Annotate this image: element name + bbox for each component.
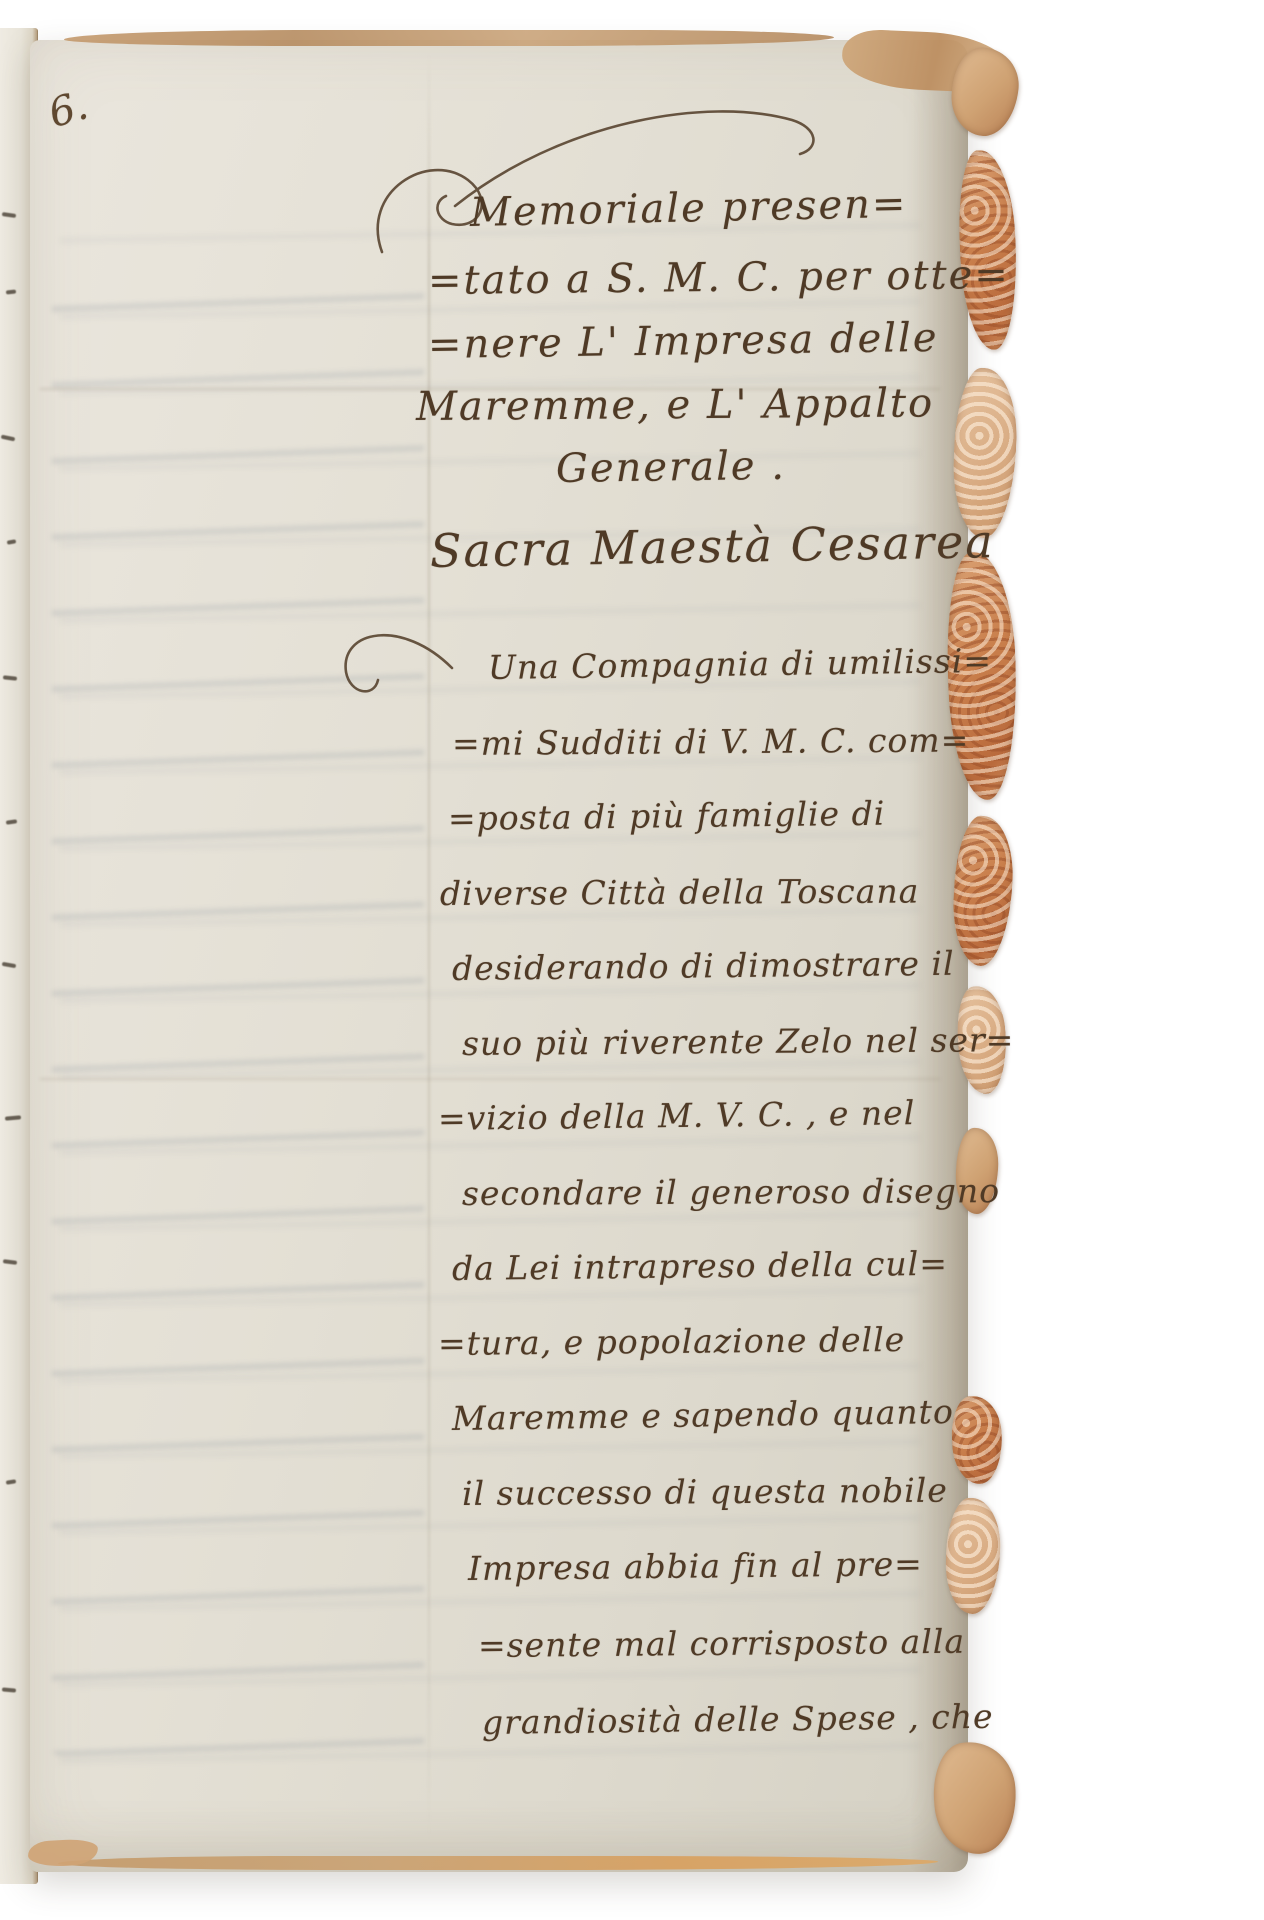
- body-line: Impresa abbia fin al pre=: [468, 1544, 923, 1588]
- ink-bleed-mark: [2, 212, 16, 218]
- show-through-text: [52, 256, 424, 1756]
- body-line: =vizio della M. V. C. , e nel: [438, 1093, 916, 1138]
- body-line: =tura, e popolazione delle: [438, 1320, 906, 1363]
- title-line: =tato a S. M. C. per otte=: [428, 252, 1010, 304]
- page-crease: [40, 1078, 940, 1080]
- body-line: Maremme e sapendo quanto: [452, 1392, 954, 1438]
- ink-bleed-mark: [2, 962, 16, 968]
- body-line: suo più riverente Zelo nel ser=: [462, 1020, 1015, 1063]
- ink-bleed-mark: [7, 539, 17, 545]
- salutation-line: Sacra Maestà Cesarea: [430, 514, 996, 578]
- title-line: Maremme, e L' Appalto: [416, 380, 934, 430]
- title-line: Generale .: [556, 443, 787, 492]
- ink-bleed-mark: [6, 1479, 17, 1485]
- body-line: =posta di più famiglie di: [448, 794, 886, 838]
- ink-bleed-mark: [5, 1115, 21, 1120]
- body-line: desiderando di dimostrare il: [452, 944, 955, 988]
- photo-background: 6. Memoriale presen= =tato a S. M. C. pe…: [0, 0, 1264, 1920]
- body-line: grandiosità delle Spese , che: [482, 1697, 994, 1742]
- ink-bleed-mark: [6, 819, 17, 824]
- ink-bleed-mark: [6, 289, 16, 294]
- ink-bleed-mark: [3, 1259, 17, 1265]
- title-line: =nere L' Impresa delle: [428, 315, 939, 368]
- ink-bleed-mark: [3, 675, 17, 680]
- body-line: =mi Sudditi di V. M. C. com=: [452, 720, 970, 763]
- body-line: diverse Città della Toscana: [440, 871, 920, 913]
- torn-edge-top: [64, 30, 834, 46]
- ink-bleed-mark: [2, 1687, 16, 1692]
- body-line: secondare il generoso disegno: [462, 1171, 1000, 1213]
- title-line: Memoriale presen=: [470, 181, 908, 236]
- body-line: da Lei intrapreso della cul=: [452, 1244, 948, 1288]
- body-line: Una Compagnia di umilissi=: [488, 641, 992, 687]
- ink-bleed-mark: [1, 435, 16, 442]
- page-crease: [428, 52, 430, 1842]
- body-line: =sente mal corrisposto alla: [478, 1622, 965, 1665]
- body-line: il successo di questa nobile: [462, 1471, 948, 1513]
